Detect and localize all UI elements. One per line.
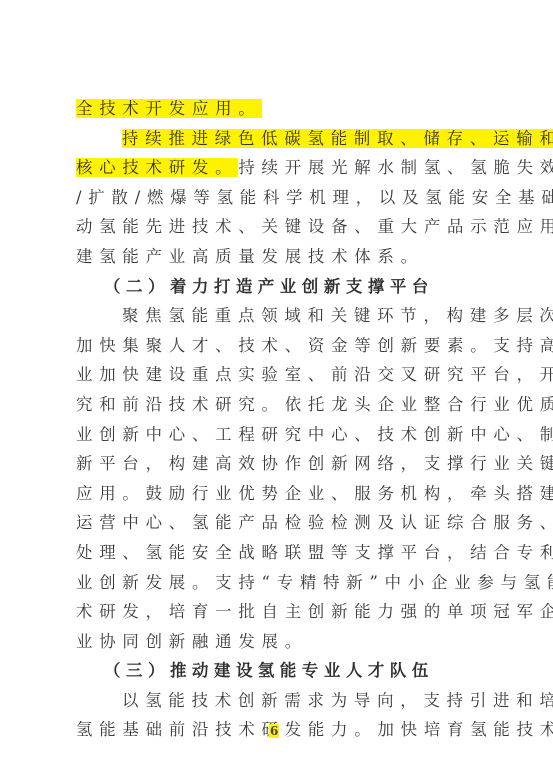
section-heading: （二）着力打造产业创新支撑平台 bbox=[76, 272, 482, 302]
text-line: 业协同创新融通发展。 bbox=[76, 627, 482, 657]
text-line: 业创新发展。支持“专精特新”中小企业参与氢能产业关键共性技 bbox=[76, 568, 482, 598]
text-line: /扩散/燃爆等氢能科学机理，以及氢能安全基础规律研究。持续推 bbox=[76, 183, 482, 213]
text-line: 业加快建设重点实验室、前沿交叉研究平台，开展氢能应用基础研 bbox=[76, 360, 482, 390]
text-line: 全技术开发应用。 bbox=[76, 94, 482, 124]
text-line: 动氢能先进技术、关键设备、重大产品示范应用和产业化发展，构 bbox=[76, 212, 482, 242]
section-heading: （三）推动建设氢能专业人才队伍 bbox=[76, 656, 482, 686]
text-line: 运营中心、氢能产品检验检测及认证综合服务、废弃氢能产品回收 bbox=[76, 508, 482, 538]
text-line: 应用。鼓励行业优势企业、服务机构，牵头搭建氢能产业知识产权 bbox=[76, 479, 482, 509]
text-line: 究和前沿技术研究。依托龙头企业整合行业优质创新资源，布局产 bbox=[76, 390, 482, 420]
text-line: 以氢能技术创新需求为导向，支持引进和培育高端人才，提升 bbox=[76, 686, 482, 716]
highlighted-text: 全技术开发应用。 bbox=[76, 99, 262, 118]
text-line: 核心技术研发。持续开展光解水制氢、氢脆失效、低温吸附、泄漏 bbox=[76, 153, 482, 183]
page-number: 6 bbox=[269, 724, 279, 738]
highlighted-text: 核心技术研发。 bbox=[76, 158, 238, 177]
body-text: 全技术开发应用。 持续推进绿色低碳氢能制取、储存、运输和应用等各环节关键 核心技… bbox=[76, 94, 482, 745]
text-line: 术研发，培育一批自主创新能力强的单项冠军企业，促进大中小企 bbox=[76, 597, 482, 627]
highlighted-text: 持续推进绿色低碳氢能制取、储存、运输和应用等各环节关键 bbox=[122, 129, 553, 148]
text-line: 持续推进绿色低碳氢能制取、储存、运输和应用等各环节关键 bbox=[76, 124, 482, 154]
text-line: 加快集聚人才、技术、资金等创新要素。支持高校、科研院所、企 bbox=[76, 331, 482, 361]
text-span: 持续开展光解水制氢、氢脆失效、低温吸附、泄漏 bbox=[238, 158, 553, 177]
text-line: 聚焦氢能重点领域和关键环节，构建多层次、多元化创新平台， bbox=[76, 301, 482, 331]
text-line: 业创新中心、工程研究中心、技术创新中心、制造业创新中心等创 bbox=[76, 420, 482, 450]
document-page: 全技术开发应用。 持续推进绿色低碳氢能制取、储存、运输和应用等各环节关键 核心技… bbox=[0, 0, 553, 782]
text-line: 建氢能产业高质量发展技术体系。 bbox=[76, 242, 482, 272]
text-line: 新平台，构建高效协作创新网络，支撑行业关键技术开发和工程化 bbox=[76, 449, 482, 479]
text-line: 处理、氢能安全战略联盟等支撑平台，结合专利导航等工作服务行 bbox=[76, 538, 482, 568]
